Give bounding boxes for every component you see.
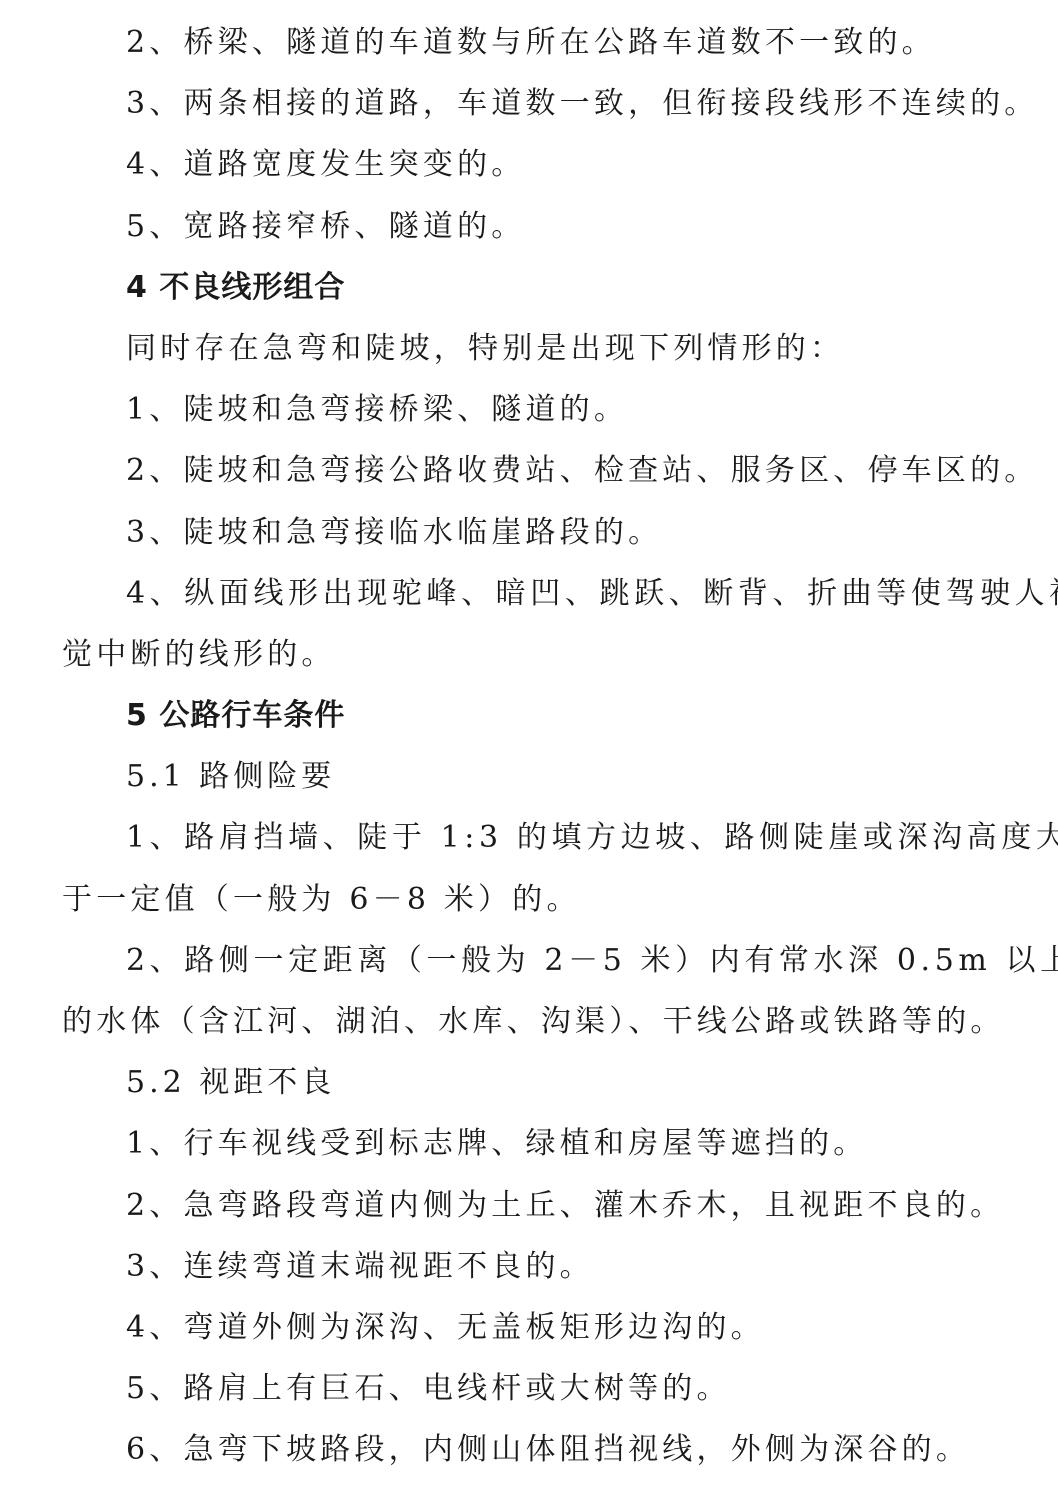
list-item-water-body-cont: 的水体（含江河、湖泊、水库、沟渠）、干线公路或铁路等的。 [62, 991, 1000, 1052]
list-item-slope-tollstation: 2、陡坡和急弯接公路收费站、检查站、服务区、停车区的。 [62, 440, 1000, 501]
subsection-heading-5-1: 5.1 路侧险要 [62, 746, 1000, 807]
list-item-slope-cliff: 3、陡坡和急弯接临水临崖路段的。 [62, 502, 1000, 563]
list-item-curve-outer-ditch: 4、弯道外侧为深沟、无盖板矩形边沟的。 [62, 1297, 1000, 1358]
subsection-heading-5-2: 5.2 视距不良 [62, 1052, 1000, 1113]
list-item-width-change: 4、道路宽度发生突变的。 [62, 134, 1000, 195]
list-item-retaining-wall: 1、路肩挡墙、陡于 1:3 的填方边坡、路侧陡崖或深沟高度大 [62, 807, 1000, 868]
document-page: 2、桥梁、隧道的车道数与所在公路车道数不一致的。 3、两条相接的道路，车道数一致… [62, 12, 1000, 1481]
section-intro-paragraph: 同时存在急弯和陡坡，特别是出现下列情形的： [62, 318, 1000, 379]
list-item-wide-to-narrow: 5、宽路接窄桥、隧道的。 [62, 196, 1000, 257]
list-item-sightline-blocked: 1、行车视线受到标志牌、绿植和房屋等遮挡的。 [62, 1113, 1000, 1174]
list-item-curve-inner-obstruction: 2、急弯路段弯道内侧为土丘、灌木乔木，且视距不良的。 [62, 1175, 1000, 1236]
list-item-vertical-alignment-cont: 觉中断的线形的。 [62, 624, 1000, 685]
list-item-vertical-alignment: 4、纵面线形出现驼峰、暗凹、跳跃、断背、折曲等使驾驶人视 [62, 563, 1000, 624]
list-item-consecutive-curve-end: 3、连续弯道末端视距不良的。 [62, 1236, 1000, 1297]
list-item-downhill-curve-valley: 6、急弯下坡路段，内侧山体阻挡视线，外侧为深谷的。 [62, 1419, 1000, 1480]
list-item-shoulder-obstacles: 5、路肩上有巨石、电线杆或大树等的。 [62, 1358, 1000, 1419]
list-item-water-body: 2、路侧一定距离（一般为 2－5 米）内有常水深 0.5m 以上 [62, 930, 1000, 991]
list-item-bridge-tunnel-lane-mismatch: 2、桥梁、隧道的车道数与所在公路车道数不一致的。 [62, 12, 1000, 73]
section-heading-4: 4 不良线形组合 [62, 257, 1000, 318]
list-item-retaining-wall-cont: 于一定值（一般为 6－8 米）的。 [62, 869, 1000, 930]
list-item-discontinuous-alignment: 3、两条相接的道路，车道数一致，但衔接段线形不连续的。 [62, 73, 1000, 134]
section-heading-5: 5 公路行车条件 [62, 685, 1000, 746]
list-item-slope-bridge: 1、陡坡和急弯接桥梁、隧道的。 [62, 379, 1000, 440]
